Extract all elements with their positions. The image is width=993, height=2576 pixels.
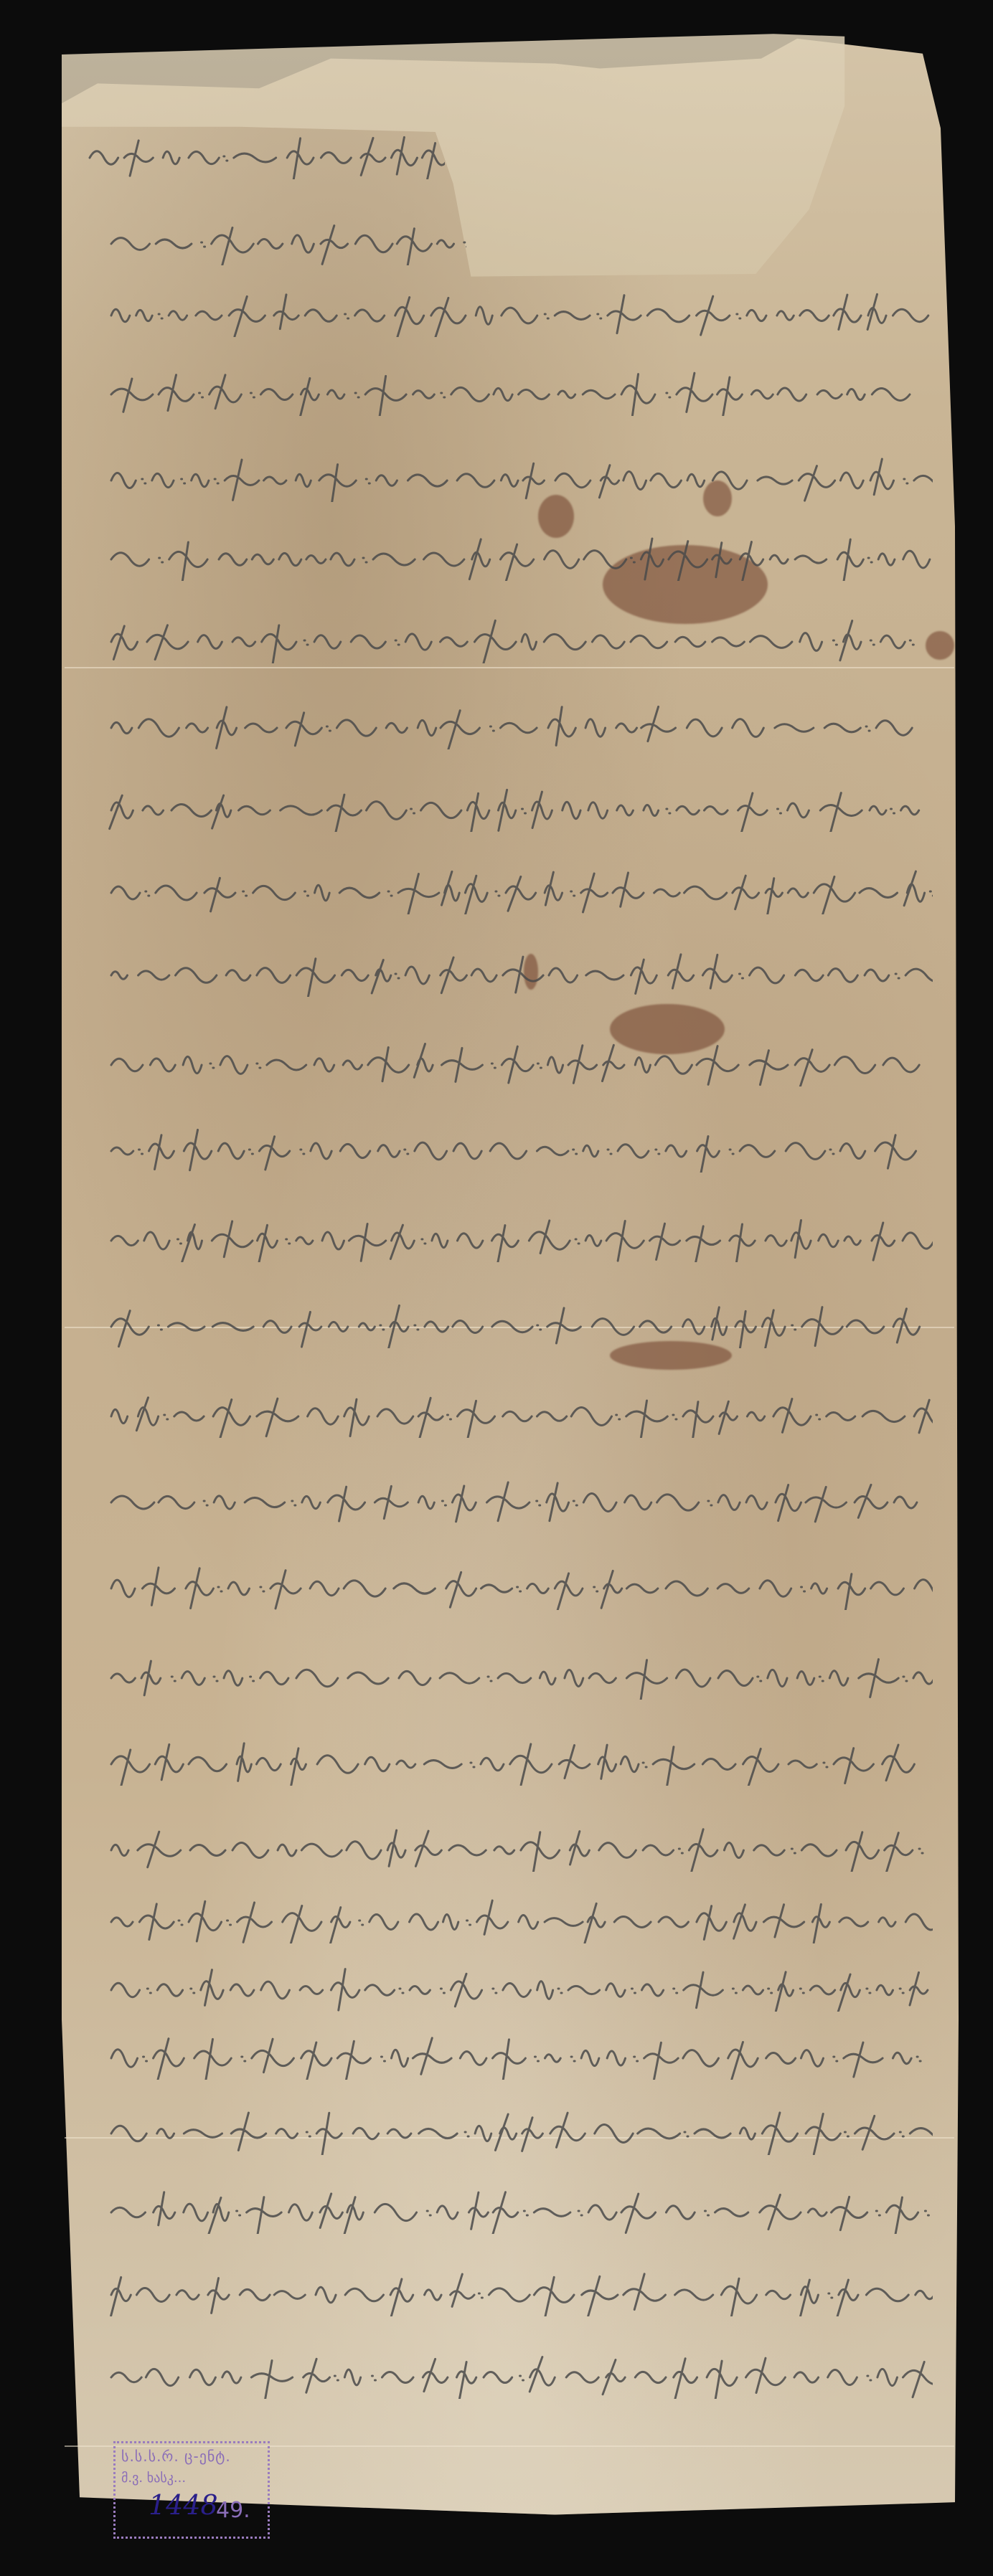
handwritten-line [108,864,933,914]
handwritten-line [108,1212,933,1262]
archive-stamp: ს.ს.ს.რ. ც-ენტ. მ.ვ. ხასკ... 1448 49. [113,2441,270,2539]
handwritten-line [108,613,933,663]
handwritten-line [108,287,933,337]
handwritten-line [108,1822,933,1872]
handwritten-line [108,1036,933,1086]
handwritten-line [108,1388,933,1438]
handwritten-line [108,2349,933,2399]
stamp-institution: ს.ს.ს.რ. ც-ენტ. [121,2448,231,2465]
handwritten-line [108,452,933,502]
handwritten-line [108,215,466,265]
handwritten-line [108,531,933,581]
handwritten-line [108,1474,933,1524]
shelfmark-number: 1448 [149,2489,218,2521]
handwritten-line [108,699,933,749]
paper-crease [65,667,954,668]
handwritten-line [108,2266,933,2316]
handwritten-line [108,1893,933,1943]
handwritten-line [108,2184,933,2234]
handwritten-line [108,947,933,997]
handwritten-line [108,2105,933,2155]
handwritten-line [108,2030,933,2080]
handwritten-line [108,782,933,832]
handwritten-line [108,1649,933,1700]
handwritten-line [108,1298,933,1348]
stamp-department: მ.ვ. ხასკ... [121,2471,186,2486]
handwritten-line [86,129,445,179]
handwritten-line [108,366,933,416]
stamp-sub-number: 49. [216,2498,250,2523]
handwritten-line [108,1560,933,1610]
handwritten-line [108,1961,933,2012]
handwritten-line [108,1736,933,1786]
handwritten-line [108,1122,933,1173]
